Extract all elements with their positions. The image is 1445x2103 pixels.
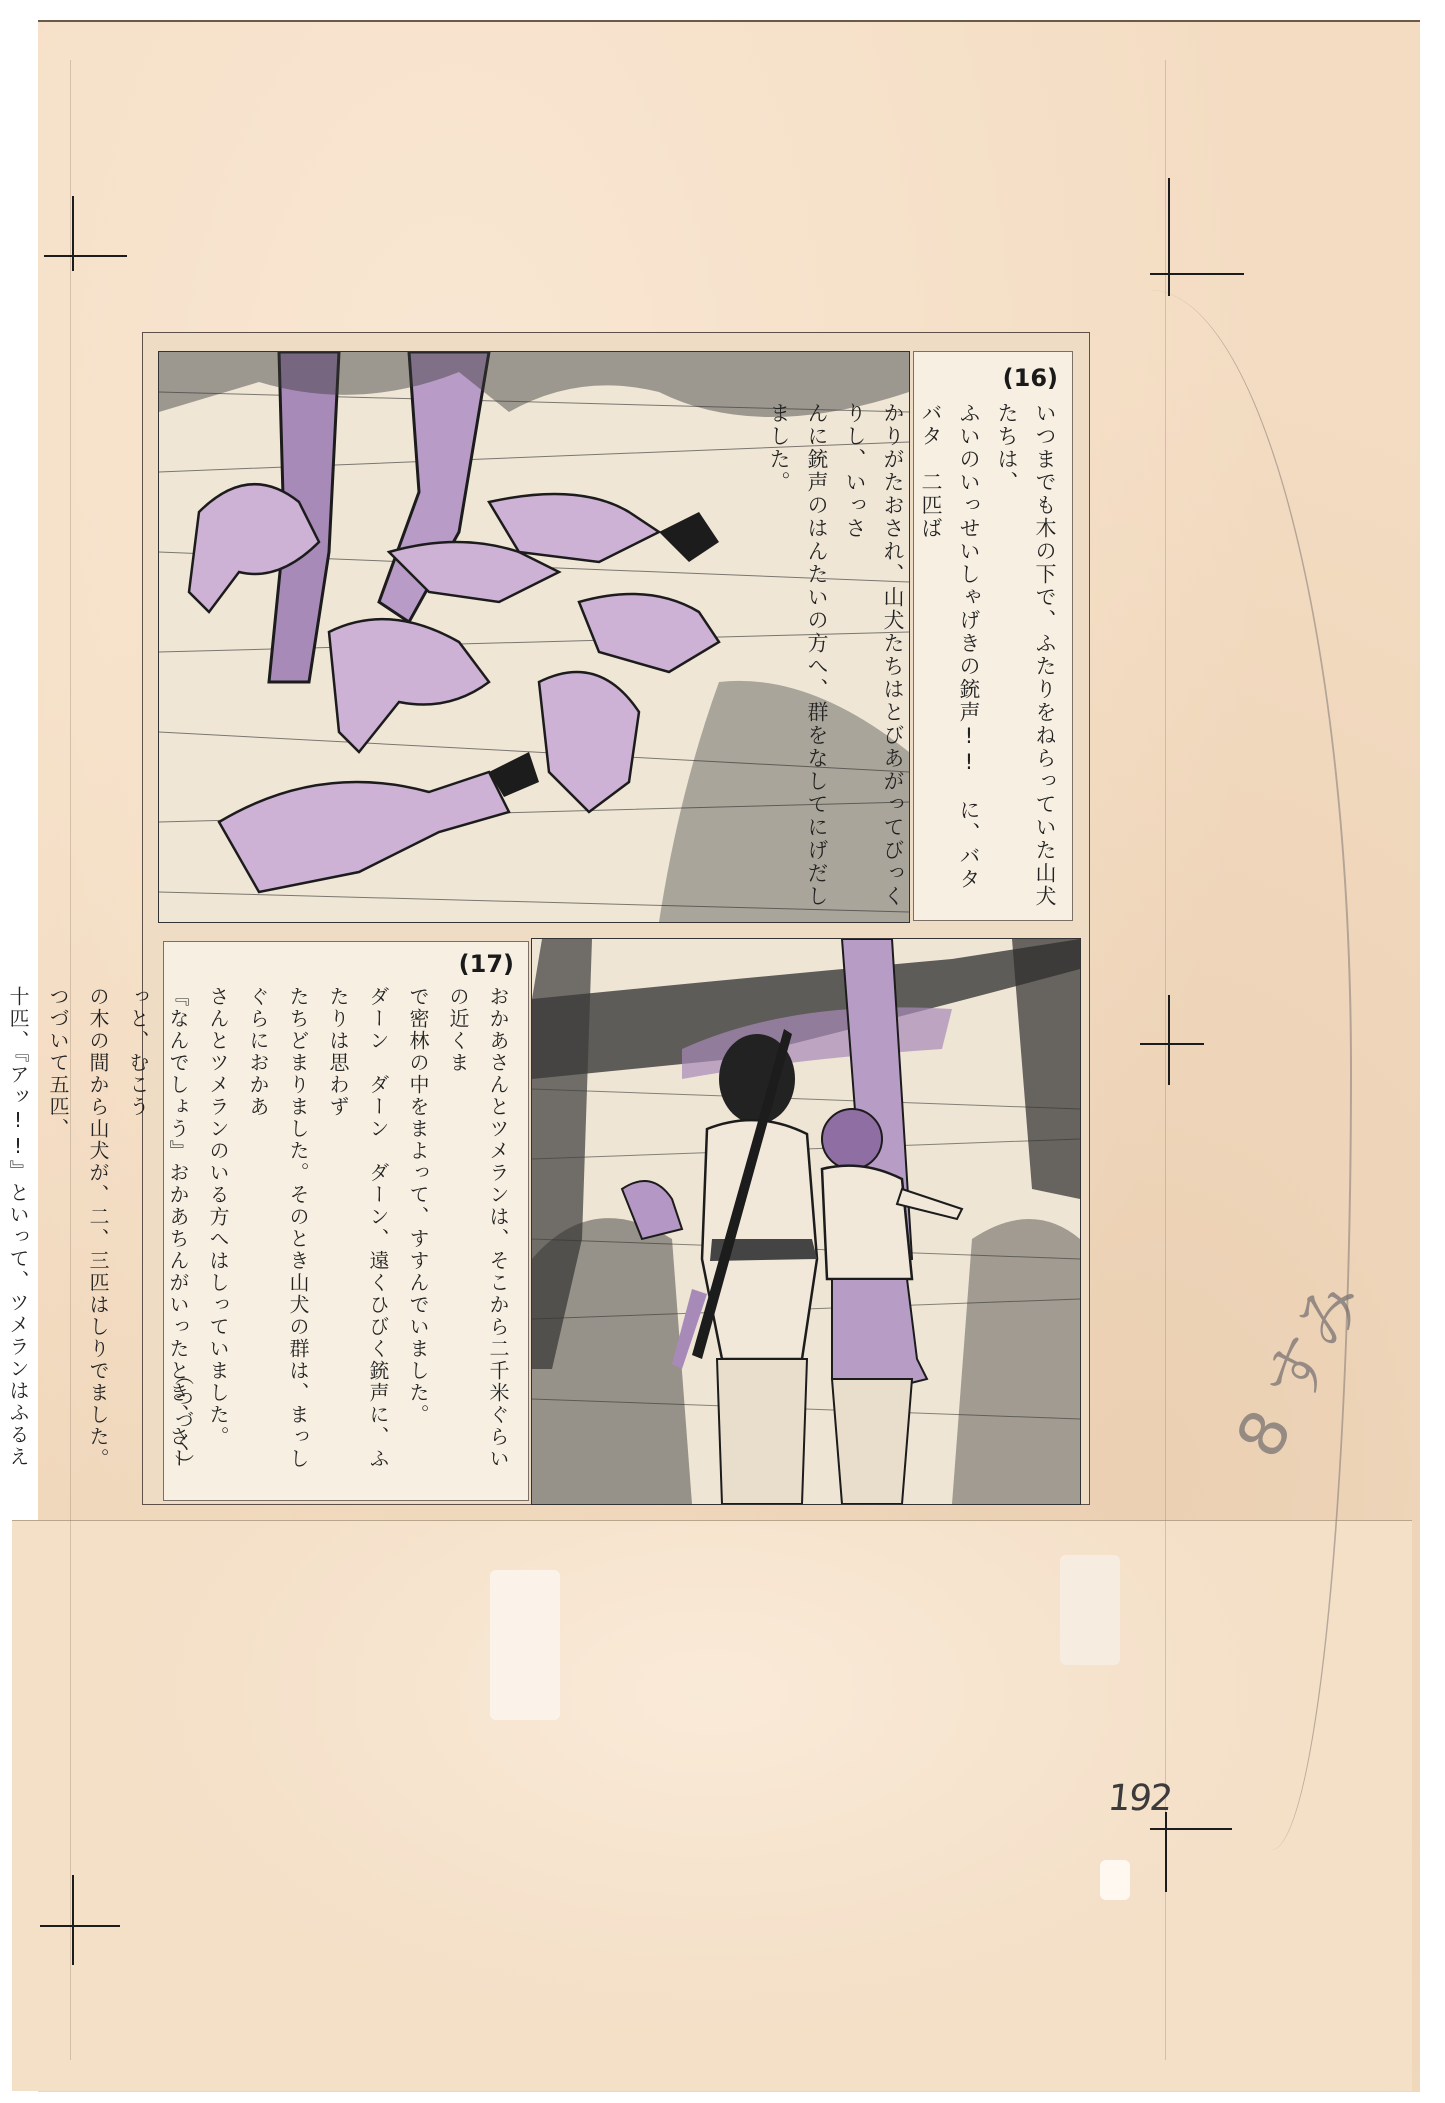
paper-tear	[1100, 1860, 1130, 1900]
crop-mark	[1168, 178, 1170, 296]
panel-17-illustration	[531, 938, 1081, 1505]
crop-mark	[1150, 273, 1244, 275]
panel-number: (16)	[1003, 364, 1058, 392]
panel-board: (16) いつまでも木の下で、ふたりをねらっていた山犬たちは、 ふいのいっせいし…	[142, 332, 1090, 1505]
caption-line: たちどまりました。そのとき山犬の群は、まっしぐらにおかあ	[246, 986, 310, 1470]
hunters-in-forest-drawing	[532, 939, 1080, 1504]
crop-mark	[44, 255, 127, 257]
caption-line: いつまでも木の下で、ふたりをねらっていた山犬たちは、	[995, 402, 1057, 908]
caption-line: んに銃声のはんたいの方へ、群をなしてにげだしました。	[767, 402, 829, 908]
caption-line: おかあさんとツメランは、そこから二千米ぐらいの近くま	[446, 986, 510, 1470]
panel-16-caption: いつまでも木の下で、ふたりをねらっていた山犬たちは、 ふいのいっせいしゃげきの銃…	[760, 402, 1064, 912]
crop-mark	[72, 1875, 74, 1965]
continued-label: （つづく）	[170, 1366, 197, 1476]
caption-line: さんとツメランのいる方へはしっていました。	[206, 986, 230, 1448]
caption-line: かりがたおされ、山犬たちはとびあがってびっくりし、いっさ	[843, 402, 905, 908]
caption-line: ふいのいっせいしゃげきの銃声!! に、バタ バタ 二匹ば	[919, 402, 981, 914]
caption-line: ダーン ダーン ダーン、遠くひびく銃声に、ふたりは思わず	[326, 986, 390, 1470]
caption-line: で密林の中をまよって、すすんでいました。	[406, 986, 430, 1426]
crop-mark	[72, 196, 74, 271]
caption-line: 十匹、『アッ!!』といって、ツメランはふるえだしました。	[0, 986, 30, 1468]
crop-mark	[40, 1925, 120, 1927]
panel-17-caption: おかあさんとツメランは、そこから二千米ぐらいの近くま で密林の中をまよって、すす…	[0, 986, 518, 1486]
caption-line: の木の間から山犬が、二、三匹はしりでました。つづいて五匹、	[46, 986, 110, 1470]
panel-17-caption-box: (17) おかあさんとツメランは、そこから二千米ぐらいの近くま で密林の中をまよ…	[163, 941, 529, 1501]
panel-16-caption-box: (16) いつまでも木の下で、ふたりをねらっていた山犬たちは、 ふいのいっせいし…	[913, 351, 1073, 921]
paper-tear	[1060, 1555, 1120, 1665]
panel-number: (17)	[459, 950, 514, 978]
paper-tear	[490, 1570, 560, 1720]
page-number: 192	[1106, 1778, 1173, 1819]
